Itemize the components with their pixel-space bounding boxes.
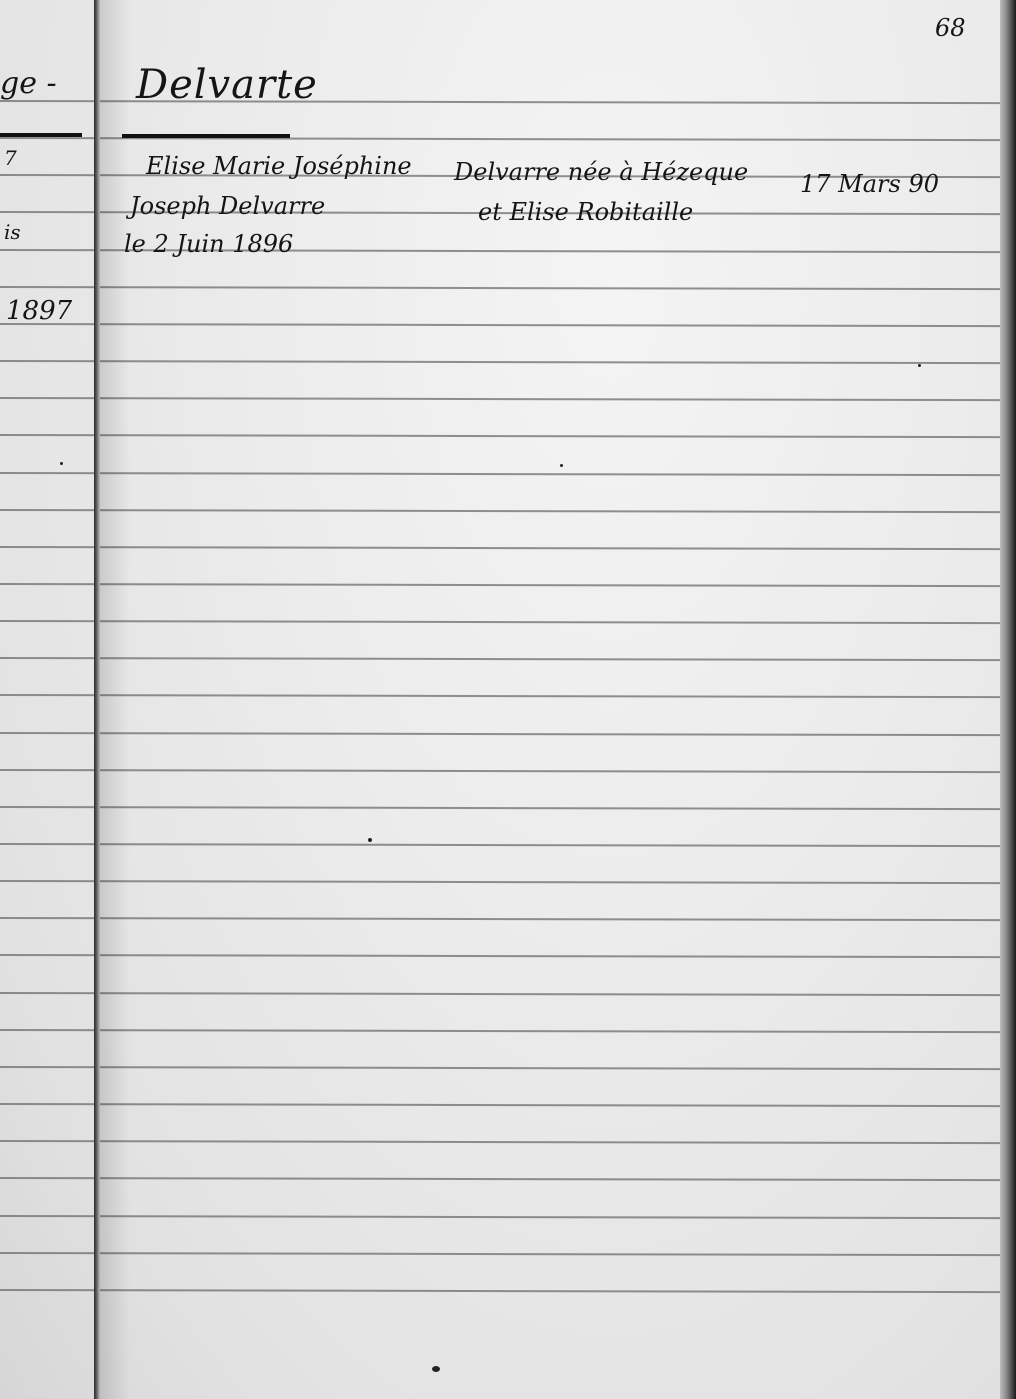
left-fragment-line5: 1897 — [6, 296, 72, 326]
ruled-line — [0, 1066, 1002, 1070]
left-fragment-line1: 7 — [4, 146, 17, 170]
ruled-line — [0, 286, 1002, 290]
entry-birth-info: Delvarre née à Hézeque — [454, 158, 748, 186]
ruled-line — [0, 1215, 1002, 1219]
ruled-line — [0, 1029, 1002, 1033]
ruled-line — [0, 472, 1002, 476]
register-page: 68 ge - 7 is 1897 Delvarte Elise Marie J… — [0, 0, 1016, 1399]
entry-birth-date: 17 Mars 90 — [800, 170, 939, 198]
left-heading-underline — [0, 133, 82, 137]
entry-record-date: le 2 Juin 1896 — [124, 230, 293, 258]
ruled-line — [0, 434, 1002, 438]
left-fragment-line3: is — [4, 220, 21, 244]
ruled-line — [0, 1140, 1002, 1144]
ruled-line — [0, 360, 1002, 364]
heading-underline — [122, 134, 290, 138]
ruled-line — [0, 769, 1002, 773]
ruled-line — [0, 694, 1002, 698]
ruled-line — [0, 806, 1002, 810]
ruled-line — [0, 1103, 1002, 1107]
entry-father: Joseph Delvarre — [130, 192, 325, 220]
ruled-line — [0, 546, 1002, 550]
ink-speck — [60, 462, 63, 465]
page-right-edge — [1000, 0, 1016, 1399]
ink-speck — [432, 1366, 440, 1372]
ruled-line — [0, 843, 1002, 847]
entry-mother: et Elise Robitaille — [478, 198, 693, 226]
ruled-line — [0, 397, 1002, 401]
page-number: 68 — [935, 14, 966, 42]
surname-heading: Delvarte — [136, 62, 318, 108]
ruled-line — [0, 509, 1002, 513]
ruled-line — [0, 323, 1002, 327]
ruled-line — [0, 880, 1002, 884]
left-heading-fragment: ge - — [0, 66, 57, 101]
ink-speck — [560, 464, 563, 467]
gutter-shadow — [100, 0, 130, 1399]
ruled-line — [0, 1289, 1002, 1293]
ink-speck — [918, 364, 921, 367]
ruled-line — [0, 917, 1002, 921]
ruled-line — [0, 732, 1002, 736]
ruled-line — [0, 620, 1002, 624]
ruled-line — [0, 1252, 1002, 1256]
ruled-line — [0, 992, 1002, 996]
ruled-line — [0, 1177, 1002, 1181]
ruled-line — [0, 657, 1002, 661]
ruled-line — [0, 954, 1002, 958]
entry-given-names: Elise Marie Joséphine — [146, 152, 412, 180]
ruled-line — [0, 583, 1002, 587]
ink-speck — [368, 838, 372, 842]
